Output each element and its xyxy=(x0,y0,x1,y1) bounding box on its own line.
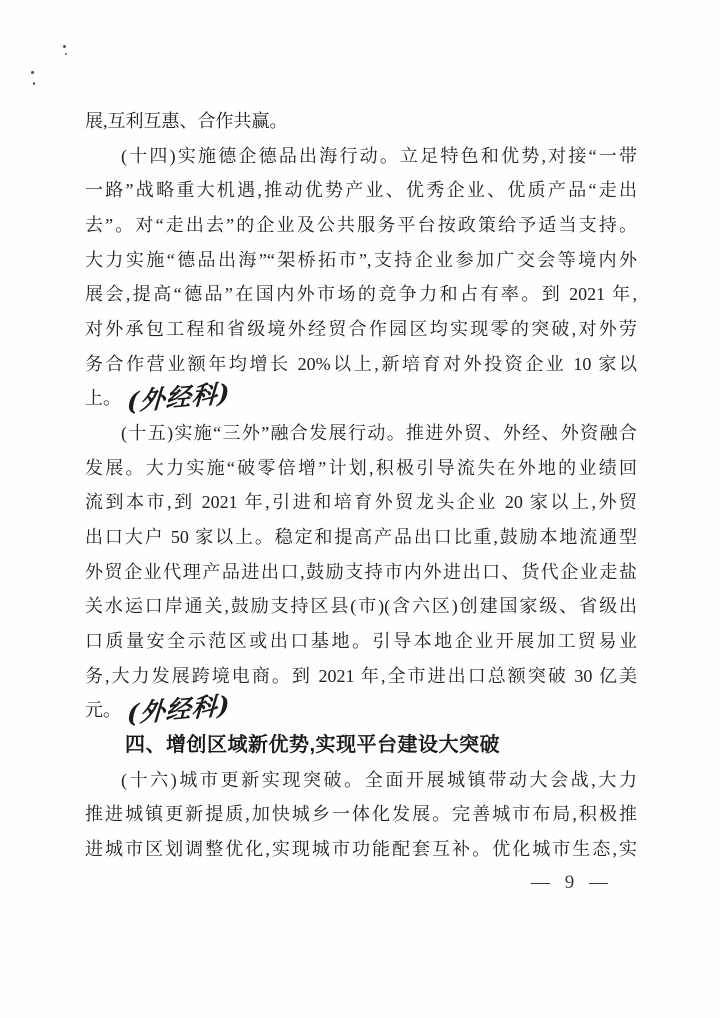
document-body: 展,互利互惠、合作共赢。(十四)实施德企德品出海行动。立足特色和优势,对接“一带… xyxy=(85,104,637,867)
document-page: 展,互利互惠、合作共赢。(十四)实施德企德品出海行动。立足特色和优势,对接“一带… xyxy=(0,0,720,1018)
scan-speck xyxy=(65,53,67,55)
text-run: 出口大户 50 家以上。稳定和提高产品出口比重,鼓励本地流通型 xyxy=(85,527,637,547)
text-run: 发展。大力实施“破零倍增”计划,积极引导流失在外地的业绩回 xyxy=(85,458,637,478)
scan-speck xyxy=(33,82,35,85)
text-run: 推进城镇更新提质,加快城乡一体化发展。完善城市布局,积极推 xyxy=(85,804,637,824)
text-run: 务合作营业额年均增长 20%以上,新培育对外投资企业 10 家以 xyxy=(85,354,637,374)
handwritten-annotation: (外经科) xyxy=(126,381,231,415)
text-run: 流到本市,到 2021 年,引进和培育外贸龙头企业 20 家以上,外贸 xyxy=(85,492,637,512)
text-line: (十四)实施德企德品出海行动。立足特色和优势,对接“一带 xyxy=(85,139,637,174)
text-line: 展,互利互惠、合作共赢。 xyxy=(85,104,637,139)
text-line: 去”。对“走出去”的企业及公共服务平台按政策给予适当支持。 xyxy=(85,208,637,243)
text-line: 一路”战略重大机遇,推动优势产业、优秀企业、优质产品“走出 xyxy=(85,173,637,208)
text-line: 展会,提高“德品”在国内外市场的竞争力和占有率。到 2021 年, xyxy=(85,277,637,312)
text-run: 一路”战略重大机遇,推动优势产业、优秀企业、优质产品“走出 xyxy=(85,180,637,200)
text-line: 大力实施“德品出海”“架桥拓市”,支持企业参加广交会等境内外 xyxy=(85,243,637,278)
text-run: 关水运口岸通关,鼓励支持区县(市)(含六区)创建国家级、省级出 xyxy=(85,596,637,616)
text-run: 口质量安全示范区或出口基地。引导本地企业开展加工贸易业 xyxy=(85,631,637,651)
text-run: (十四)实施德企德品出海行动。立足特色和优势,对接“一带 xyxy=(121,146,637,166)
scan-speck xyxy=(31,71,34,74)
text-line: 流到本市,到 2021 年,引进和培育外贸龙头企业 20 家以上,外贸 xyxy=(85,485,637,520)
text-run: 展会,提高“德品”在国内外市场的竞争力和占有率。到 2021 年, xyxy=(85,284,637,304)
text-line: 元。(外经科) xyxy=(85,693,637,728)
text-line: 对外承包工程和省级境外经贸合作园区均实现零的突破,对外劳 xyxy=(85,312,637,347)
page-number: — 9 — xyxy=(531,872,608,894)
text-line: 外贸企业代理产品进出口,鼓励支持市内外进出口、货代企业走盐 xyxy=(85,555,637,590)
text-line: 发展。大力实施“破零倍增”计划,积极引导流失在外地的业绩回 xyxy=(85,451,637,486)
text-run: 去”。对“走出去”的企业及公共服务平台按政策给予适当支持。 xyxy=(85,215,637,235)
scan-speck xyxy=(63,45,66,48)
text-line: 务合作营业额年均增长 20%以上,新培育对外投资企业 10 家以 xyxy=(85,347,637,382)
text-line: 上。(外经科) xyxy=(85,381,637,416)
text-run: 四、增创区域新优势,实现平台建设大突破 xyxy=(125,734,500,756)
text-run: 展,互利互惠、合作共赢。 xyxy=(85,111,288,131)
text-line: 出口大户 50 家以上。稳定和提高产品出口比重,鼓励本地流通型 xyxy=(85,520,637,555)
text-line: (十五)实施“三外”融合发展行动。推进外贸、外经、外资融合 xyxy=(85,416,637,451)
text-line: (十六)城市更新实现突破。全面开展城镇带动大会战,大力 xyxy=(85,763,637,798)
text-run: 进城市区划调整优化,实现城市功能配套互补。优化城市生态,实 xyxy=(85,839,637,859)
text-run: 元。 xyxy=(85,700,121,720)
text-run: 对外承包工程和省级境外经贸合作园区均实现零的突破,对外劳 xyxy=(85,319,637,339)
text-run: 上。 xyxy=(85,388,121,408)
handwritten-annotation: (外经科) xyxy=(126,693,231,727)
text-line: 进城市区划调整优化,实现城市功能配套互补。优化城市生态,实 xyxy=(85,832,637,867)
text-run: 务,大力发展跨境电商。到 2021 年,全市进出口总额突破 30 亿美 xyxy=(85,666,637,686)
text-line: 口质量安全示范区或出口基地。引导本地企业开展加工贸易业 xyxy=(85,624,637,659)
text-run: 大力实施“德品出海”“架桥拓市”,支持企业参加广交会等境内外 xyxy=(85,250,637,270)
text-line: 关水运口岸通关,鼓励支持区县(市)(含六区)创建国家级、省级出 xyxy=(85,589,637,624)
text-line: 推进城镇更新提质,加快城乡一体化发展。完善城市布局,积极推 xyxy=(85,797,637,832)
text-run: (十六)城市更新实现突破。全面开展城镇带动大会战,大力 xyxy=(121,770,637,790)
text-line: 务,大力发展跨境电商。到 2021 年,全市进出口总额突破 30 亿美 xyxy=(85,659,637,694)
text-run: 外贸企业代理产品进出口,鼓励支持市内外进出口、货代企业走盐 xyxy=(85,562,637,582)
text-run: (十五)实施“三外”融合发展行动。推进外贸、外经、外资融合 xyxy=(121,423,637,443)
section-heading: 四、增创区域新优势,实现平台建设大突破 xyxy=(85,728,637,763)
